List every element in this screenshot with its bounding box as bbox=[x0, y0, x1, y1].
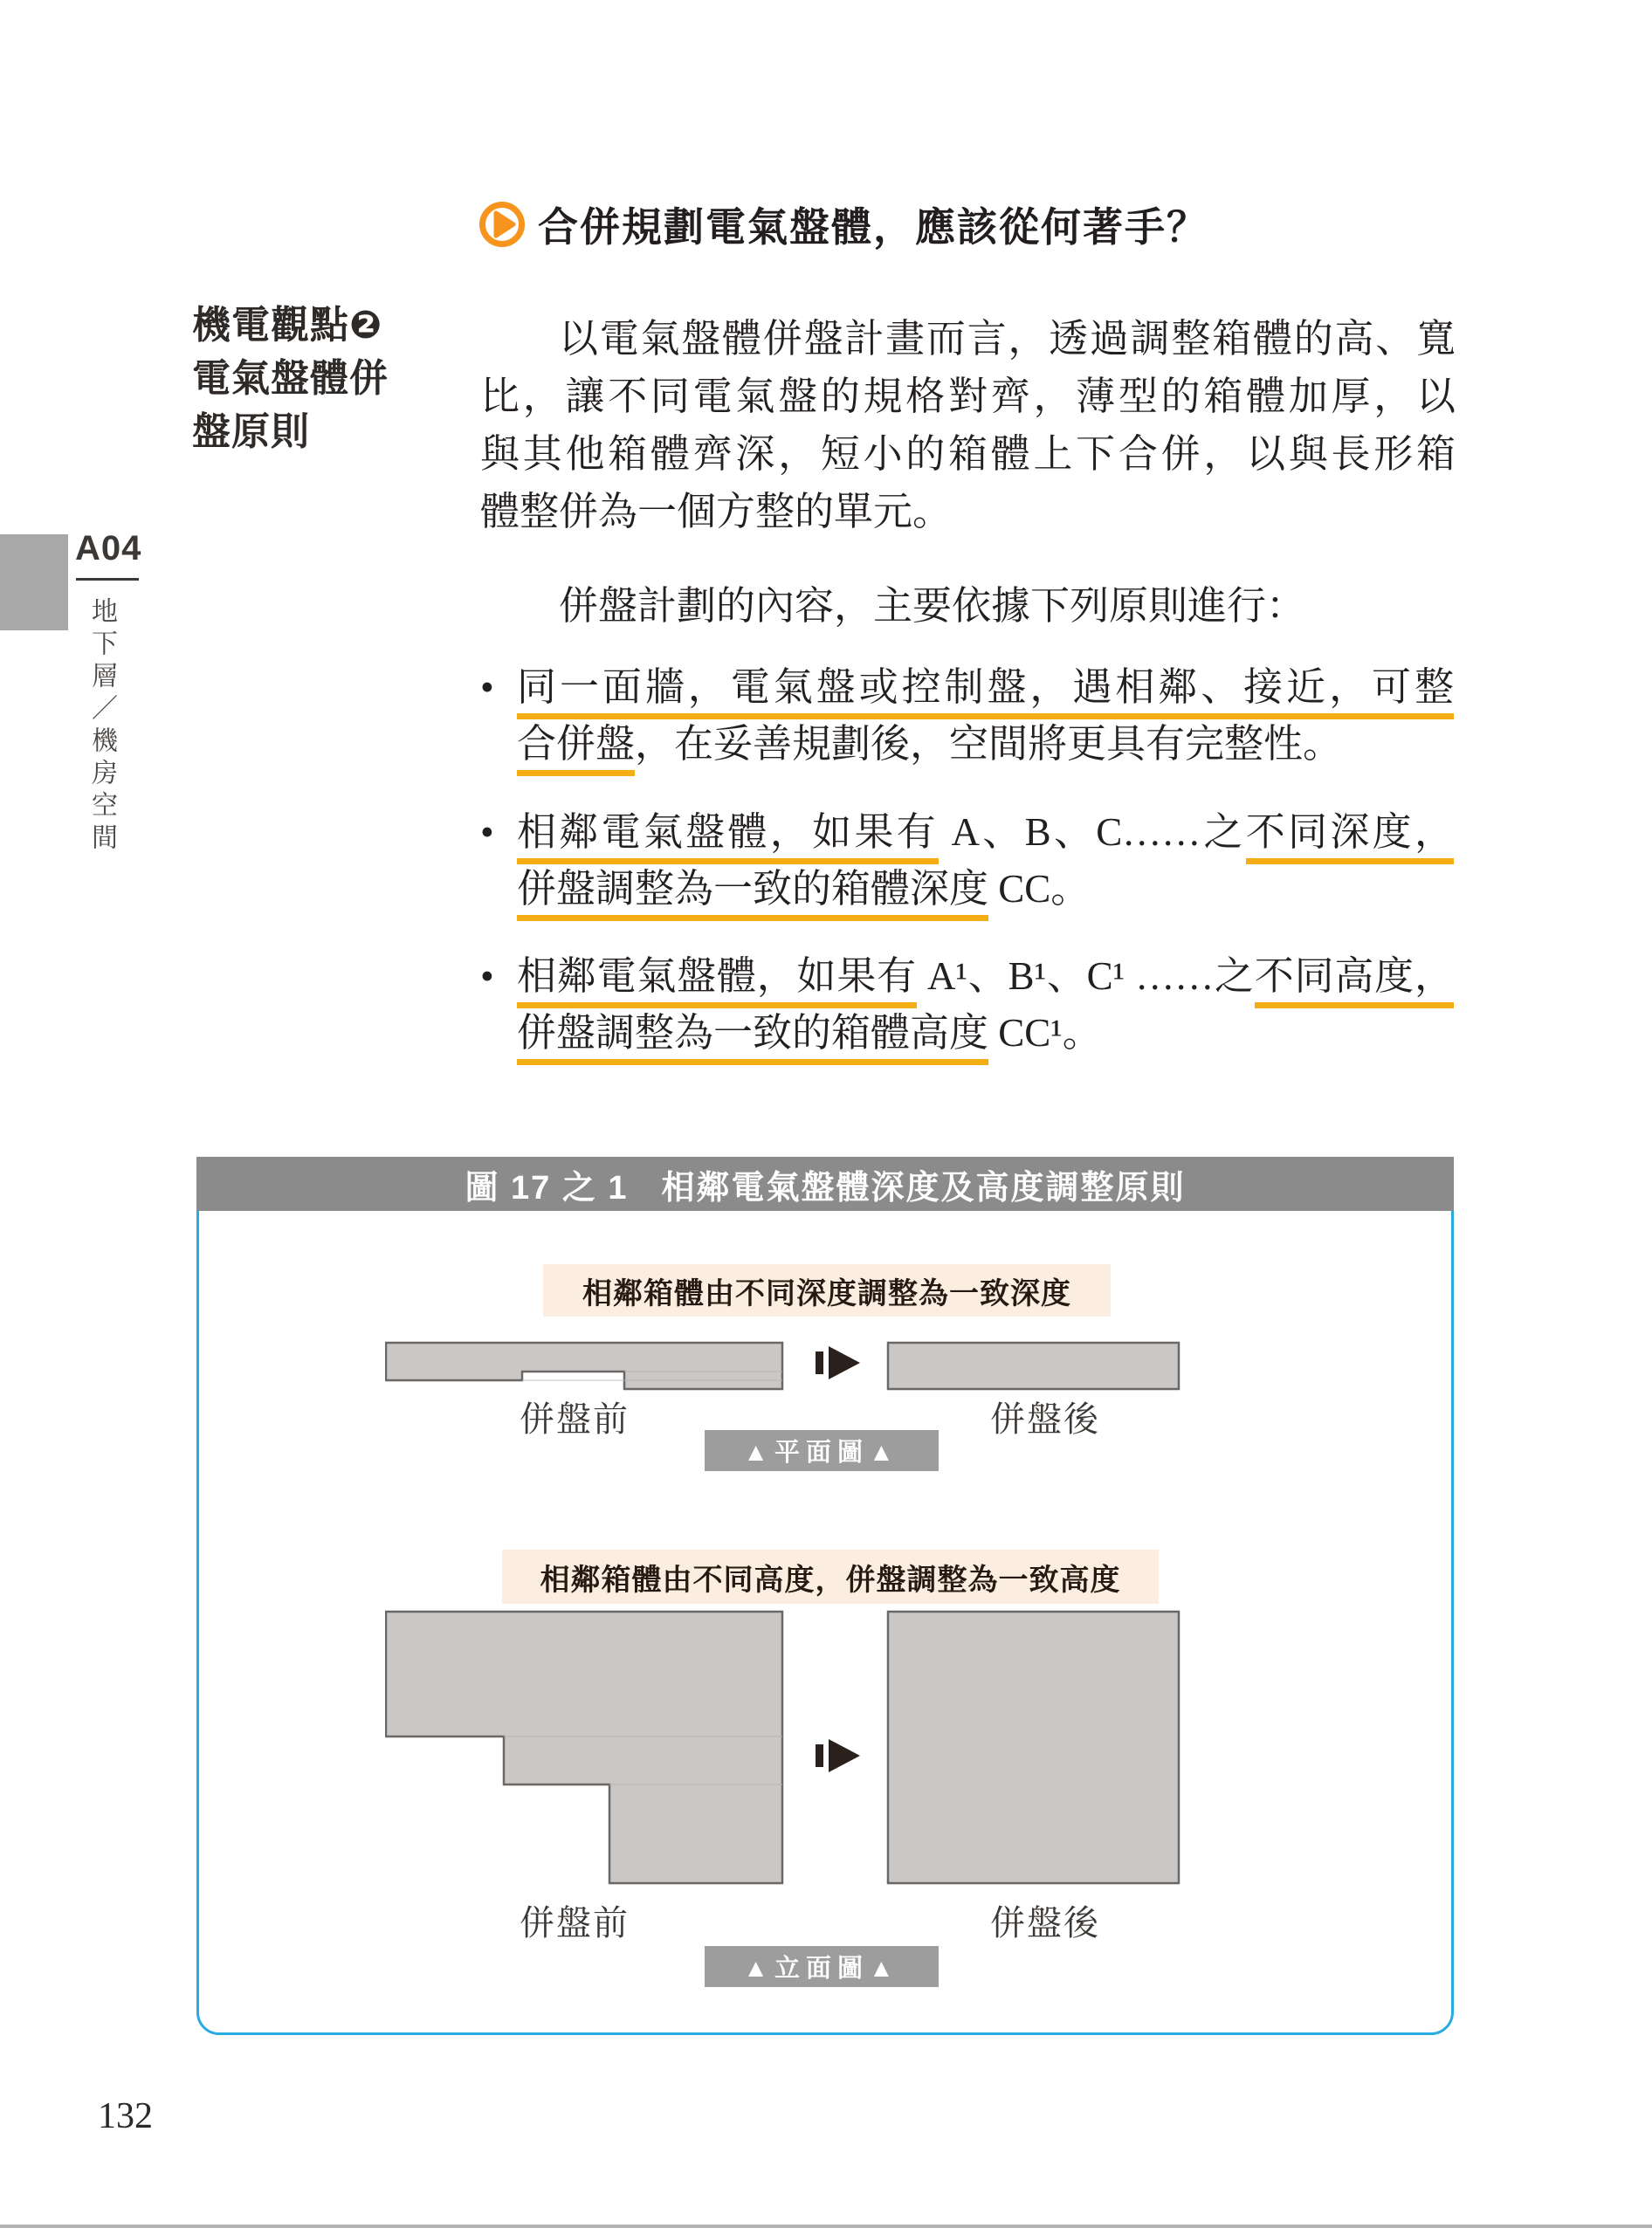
highlight-segment: 相鄰電氣盤體，如果有 bbox=[517, 954, 917, 1008]
text-segment: ，在妥善規劃後，空間將更具有完整性。 bbox=[635, 722, 1342, 766]
section-title-row: 合併規劃電氣盤體，應該從何著手？ bbox=[478, 196, 1208, 253]
bullet-line: 相鄰電氣盤體，如果有 A¹、B¹、C¹ ……之不同高度， bbox=[517, 948, 1454, 1005]
bullet-line: 相鄰電氣盤體，如果有 A、B、C……之不同深度， bbox=[517, 804, 1454, 861]
book-page: 合併規劃電氣盤體，應該從何著手？ 機電觀點❷ 電氣盤體併 盤原則 A04 地下層… bbox=[0, 0, 1652, 2235]
merge-arrow-icon bbox=[816, 1739, 860, 1772]
page-number: 132 bbox=[98, 2095, 153, 2137]
elevation-label-before: 併盤前 bbox=[504, 1895, 645, 1945]
body-line: 比，讓不同電氣盤的規格對齊，薄型的箱體加厚，以 bbox=[480, 368, 1456, 425]
page-title: 合併規劃電氣盤體，應該從何著手？ bbox=[538, 196, 1208, 253]
highlight-segment: 不同深度， bbox=[1246, 810, 1454, 864]
highlight-segment: 併盤調整為一致的箱體高度 bbox=[517, 1011, 988, 1065]
elevation-label-after: 併盤後 bbox=[974, 1895, 1116, 1945]
elevation-section-label: 相鄰箱體由不同高度，併盤調整為一致高度 bbox=[502, 1550, 1159, 1604]
highlight-segment: 併盤調整為一致的箱體深度 bbox=[517, 867, 988, 921]
highlight-segment: 同一面牆，電氣盤或控制盤，遇相鄰、接近，可整 bbox=[517, 665, 1454, 719]
bullet-line: 併盤調整為一致的箱體深度 CC。 bbox=[517, 861, 1454, 918]
bullet-item: • 同一面牆，電氣盤或控制盤，遇相鄰、接近，可整 合併盤，在妥善規劃後，空間將更… bbox=[480, 659, 1456, 773]
panel-before-plan-shape bbox=[386, 1343, 782, 1389]
bullet-line: 併盤調整為一致的箱體高度 CC¹。 bbox=[517, 1005, 1454, 1062]
elevation-diagram bbox=[385, 1608, 1184, 1889]
bullet-item: • 相鄰電氣盤體，如果有 A、B、C……之不同深度， 併盤調整為一致的箱體深度 … bbox=[480, 804, 1456, 918]
figure-header: 圖 17 之 1 相鄰電氣盤體深度及高度調整原則 bbox=[196, 1157, 1454, 1211]
paragraph-2: 併盤計劃的內容，主要依據下列原則進行： bbox=[480, 577, 1456, 635]
chapter-tab-block bbox=[0, 534, 68, 630]
body-line: 以電氣盤體併盤計畫而言，透過調整箱體的高、寬 bbox=[480, 310, 1456, 368]
panel-after-elevation-shape bbox=[888, 1612, 1179, 1883]
body-line: 與其他箱體齊深，短小的箱體上下合併，以與長形箱 bbox=[480, 425, 1456, 483]
text-segment: CC。 bbox=[988, 867, 1090, 911]
margin-note-line: 機電觀點❷ bbox=[192, 299, 389, 352]
body-line: 併盤計劃的內容，主要依據下列原則進行： bbox=[480, 577, 1456, 635]
plan-label-after: 併盤後 bbox=[974, 1392, 1116, 1441]
highlight-segment: 相鄰電氣盤體，如果有 bbox=[517, 810, 939, 864]
bullet-line: 合併盤，在妥善規劃後，空間將更具有完整性。 bbox=[517, 716, 1454, 773]
margin-note: 機電觀點❷ 電氣盤體併 盤原則 bbox=[192, 299, 389, 458]
chapter-tab-vertical-label: 地下層／機房空間 bbox=[82, 597, 120, 859]
text-segment: A、B、C……之 bbox=[939, 810, 1246, 854]
panel-after-plan-shape bbox=[888, 1343, 1179, 1389]
body-line: 體整併為一個方整的單元。 bbox=[480, 483, 1456, 540]
plan-label-before: 併盤前 bbox=[504, 1392, 645, 1441]
plan-diagram bbox=[385, 1339, 1184, 1395]
bullet-marker: • bbox=[480, 948, 494, 1005]
bullet-line: 同一面牆，電氣盤或控制盤，遇相鄰、接近，可整 bbox=[517, 659, 1454, 716]
highlight-segment: 不同高度， bbox=[1255, 954, 1454, 1008]
bullet-marker: • bbox=[480, 659, 494, 716]
margin-note-line: 盤原則 bbox=[192, 405, 389, 458]
chapter-tab-divider bbox=[76, 578, 139, 581]
figure-title: 相鄰電氣盤體深度及高度調整原則 bbox=[662, 1160, 1186, 1208]
text-segment: A¹、B¹、C¹ ……之 bbox=[917, 954, 1255, 998]
margin-note-line: 電氣盤體併 bbox=[192, 352, 389, 405]
plan-section-label: 相鄰箱體由不同深度調整為一致深度 bbox=[543, 1264, 1111, 1317]
highlight-segment: 合併盤 bbox=[517, 722, 635, 776]
text-segment: CC¹。 bbox=[988, 1011, 1102, 1055]
panel-before-elevation-shape bbox=[386, 1612, 782, 1883]
play-icon bbox=[478, 201, 526, 248]
merge-arrow-icon bbox=[816, 1346, 860, 1379]
paragraph-1: 以電氣盤體併盤計畫而言，透過調整箱體的高、寬 比，讓不同電氣盤的規格對齊，薄型的… bbox=[480, 310, 1456, 540]
bottom-rule bbox=[0, 2225, 1652, 2228]
figure-box: 圖 17 之 1 相鄰電氣盤體深度及高度調整原則 相鄰箱體由不同深度調整為一致深… bbox=[196, 1157, 1454, 2035]
bullet-item: • 相鄰電氣盤體，如果有 A¹、B¹、C¹ ……之不同高度， 併盤調整為一致的箱… bbox=[480, 948, 1456, 1062]
chapter-code: A04 bbox=[75, 529, 141, 568]
elevation-view-tag: ▲立面圖▲ bbox=[705, 1946, 939, 1987]
bullet-marker: • bbox=[480, 804, 494, 861]
figure-number: 圖 17 之 1 bbox=[465, 1160, 628, 1208]
plan-view-tag: ▲平面圖▲ bbox=[705, 1430, 939, 1471]
